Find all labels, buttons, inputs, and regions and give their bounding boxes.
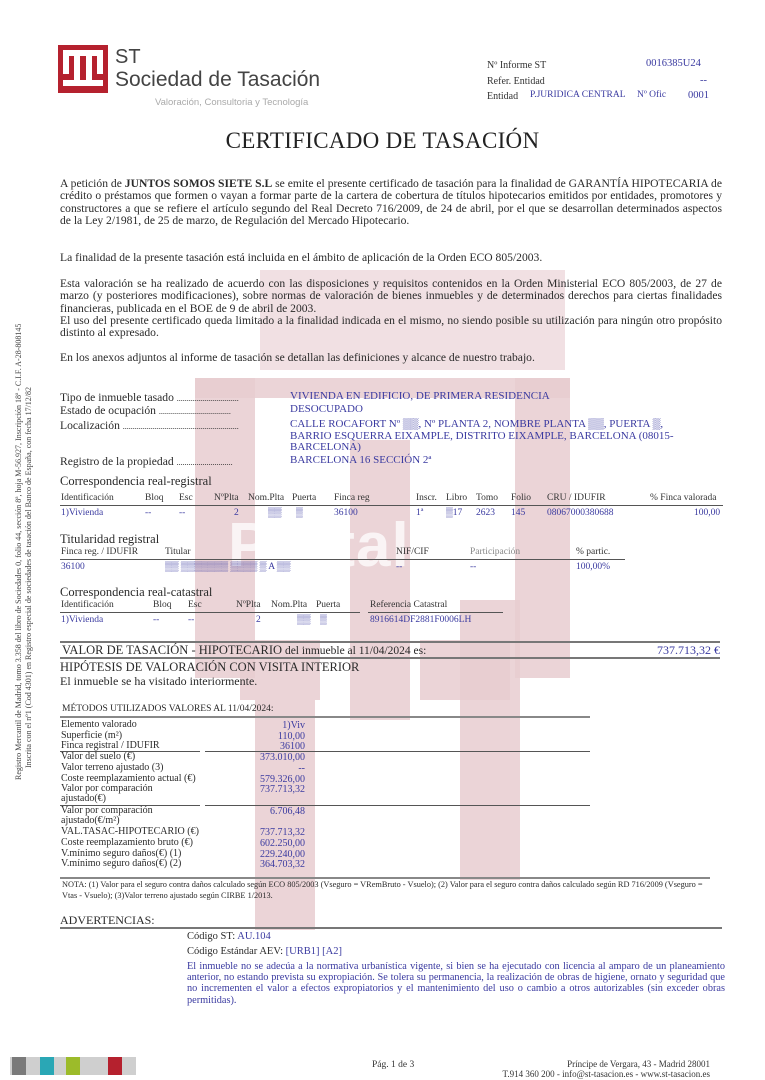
table-cell: ▒ <box>296 508 303 518</box>
estado-value: DESOCUPADO <box>290 404 363 416</box>
registro-label: Registro de la propiedad ...............… <box>60 455 233 468</box>
metodos-row-value: 364.703,32 <box>200 859 305 870</box>
advertencias-text: El inmueble no se adecúa a la normativa … <box>187 961 725 1006</box>
metodos-row-value: 579.326,00 <box>200 774 305 785</box>
real-registral-title: Correspondencia real-registral <box>60 474 212 489</box>
table-cell: 100,00% <box>576 562 610 572</box>
table-cell: -- <box>145 508 151 518</box>
table-cell: 2 <box>256 615 261 625</box>
real-catastral-title: Correspondencia real-catastral <box>60 585 212 600</box>
brand-tagline: Valoración, Consultoria y Tecnología <box>155 97 308 108</box>
table-cell: -- <box>179 508 185 518</box>
informe-value: 0016385U24 <box>646 58 701 69</box>
visita-text: El inmueble se ha visitado interiormente… <box>60 674 257 689</box>
table-cell: 36100 <box>61 562 85 572</box>
registry-side-note: Registro Mercantil de Madrid, tomo 3.358… <box>14 324 33 780</box>
metodos-row-label: Valor terreno ajustado (3) <box>61 763 211 773</box>
table-cell: ▒17 <box>446 508 462 518</box>
table-cell: ▒▒ ▒▒▒▒▒▒▒ ▒▒▒▒ ▒ A ▒▒ <box>165 562 290 572</box>
valor-tasacion-label: VALOR DE TASACIÓN - HIPOTECARIO del inmu… <box>62 643 426 658</box>
table-cell: ▒▒ <box>297 615 310 625</box>
intro-paragraph-4: El uso del presente certificado queda li… <box>60 315 722 340</box>
client-name: JUNTOS SOMOS SIETE S.L <box>125 177 272 190</box>
codigo-aev: Código Estándar AEV: [URB1] [A2] <box>187 946 342 957</box>
localizacion-label: Localización ...........................… <box>60 419 239 432</box>
metodos-row-label: Valor por comparación ajustado(€/m²) <box>61 806 196 826</box>
table-cell: 1ª <box>416 508 423 518</box>
metodos-row-label: V.mínimo seguro daños(€) (1) <box>61 849 211 859</box>
footer-address: Príncipe de Vergara, 43 - Madrid 28001 <box>480 1059 710 1069</box>
table-cell: ▒▒ <box>268 508 281 518</box>
metodos-row-label: Valor por comparación ajustado(€) <box>61 784 196 804</box>
registro-value: BARCELONA 16 SECCIÓN 2ª <box>290 455 431 467</box>
table-cell: 08067000380688 <box>547 508 614 518</box>
page-title: CERTIFICADO DE TASACIÓN <box>0 128 765 154</box>
intro-paragraph-5: En los anexos adjuntos al informe de tas… <box>60 352 722 364</box>
table-cell: 2 <box>234 508 239 518</box>
intro-paragraph-2: La finalidad de la presente tasación est… <box>60 252 722 264</box>
metodos-row-value: 6.706,48 <box>200 806 305 817</box>
informe-label: Nº Informe ST <box>487 60 546 71</box>
intro-paragraph-3: Esta valoración se ha realizado de acuer… <box>60 278 722 315</box>
metodos-row-value: 1)Viv <box>200 720 305 731</box>
advertencias-title: ADVERTENCIAS: <box>60 913 155 928</box>
ofic-value: 0001 <box>688 90 709 101</box>
table-cell: 36100 <box>334 508 358 518</box>
table-cell: 100,00 <box>694 508 720 518</box>
valor-tasacion-amount: 737.713,32 € <box>620 643 720 658</box>
metodos-row-value: 373.010,00 <box>200 752 305 763</box>
metodos-row-label: Superficie (m²) <box>61 731 211 741</box>
table-cell: 145 <box>511 508 525 518</box>
table-cell: -- <box>470 562 476 572</box>
brand-short: ST <box>115 46 141 69</box>
localizacion-value: CALLE ROCAFORT Nº ▒▒, Nº PLANTA 2, NOMBR… <box>290 419 675 454</box>
table-cell: 1)Vivienda <box>61 508 103 518</box>
metodos-title: MÉTODOS UTILIZADOS VALORES AL 11/04/2024… <box>62 704 273 714</box>
metodos-row-value: 737.713,32 <box>200 784 305 795</box>
metodos-row-value: 602.250,00 <box>200 838 305 849</box>
tipo-value: VIVIENDA EN EDIFICIO, DE PRIMERA RESIDEN… <box>290 391 550 403</box>
table-cell: -- <box>153 615 159 625</box>
brand-name: Sociedad de Tasación <box>115 68 320 92</box>
entidad-label: Entidad <box>487 91 518 102</box>
table-cell: ▒ <box>320 615 327 625</box>
table-cell: 2623 <box>476 508 495 518</box>
metodos-row-label: Coste reemplazamiento bruto (€) <box>61 838 211 848</box>
footer-contact: T.914 360 200 - info@st-tasacion.es - ww… <box>440 1069 710 1079</box>
footer-square <box>108 1057 122 1075</box>
titularidad-title: Titularidad registral <box>60 532 159 547</box>
metodos-row-label: V.mínimo seguro daños(€) (2) <box>61 859 211 869</box>
intro-paragraph-1: A petición de JUNTOS SOMOS SIETE S.L se … <box>60 178 722 228</box>
st-logo-icon <box>58 45 108 93</box>
estado-label: Estado de ocupación ....................… <box>60 404 231 417</box>
metodos-row-label: Valor del suelo (€) <box>61 752 211 762</box>
tipo-label: Tipo de inmueble tasado ................… <box>60 391 239 404</box>
table-cell: 1)Vivienda <box>61 615 103 625</box>
hipotesis-title: HIPÓTESIS DE VALORACIÓN CON VISITA INTER… <box>60 660 359 675</box>
table-cell: -- <box>396 562 402 572</box>
ofic-label: Nº Ofic <box>637 90 666 100</box>
metodos-row-value: 110,00 <box>200 731 305 742</box>
metodos-row-value: 737.713,32 <box>200 827 305 838</box>
table-cell: 8916614DF2881F0006LH <box>370 615 471 625</box>
metodos-row-label: Elemento valorado <box>61 720 211 730</box>
metodos-row-label: Finca registral / IDUFIR <box>61 741 211 751</box>
page-number: Pág. 1 de 3 <box>372 1060 414 1070</box>
metodos-row-value: -- <box>200 763 305 774</box>
refer-label: Refer. Entidad <box>487 76 545 87</box>
footer-square <box>12 1057 26 1075</box>
codigo-st: Código ST: AU.104 <box>187 931 271 942</box>
footer-square <box>40 1057 54 1075</box>
metodos-nota: NOTA: (1) Valor para el seguro contra da… <box>62 880 712 901</box>
refer-value: -- <box>700 75 707 86</box>
footer-square <box>66 1057 80 1075</box>
metodos-row-label: Coste reemplazamiento actual (€) <box>61 774 211 784</box>
table-cell: -- <box>188 615 194 625</box>
metodos-row-label: VAL.TASAC-HIPOTECARIO (€) <box>61 827 211 837</box>
metodos-row-value: 229.240,00 <box>200 849 305 860</box>
entidad-value: P.JURIDICA CENTRAL <box>530 90 626 100</box>
